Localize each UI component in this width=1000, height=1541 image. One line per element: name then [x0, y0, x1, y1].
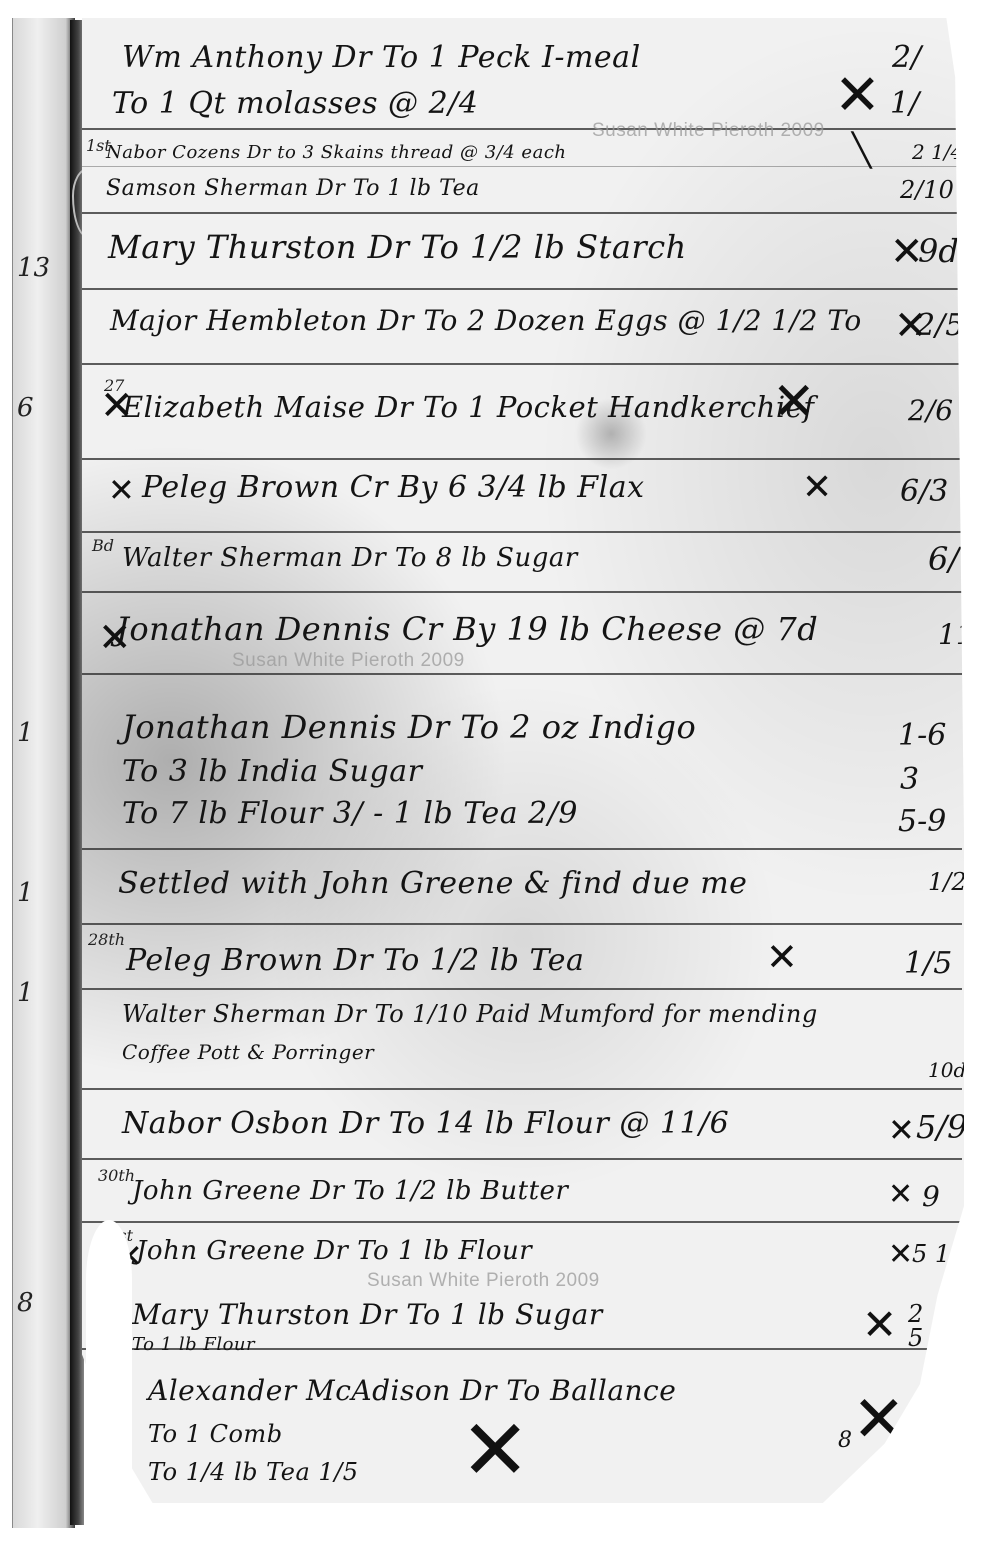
entry-amount: 2/: [892, 40, 921, 75]
facing-page-mark: 1: [17, 978, 34, 1008]
entry-line: Peleg Brown Dr To 1/2 lb Tea: [126, 943, 584, 978]
entry-line: To 7 lb Flour 3/ - 1 lb Tea 2/9: [122, 796, 578, 831]
ruled-line: [82, 1221, 962, 1223]
entry-amount: 6/3: [900, 474, 948, 509]
entry-line: Mary Thurston Dr To 1 lb Sugar: [132, 1298, 603, 1331]
entry-amount: 2/6: [908, 394, 953, 427]
entry-amount: 5 1/2: [912, 1240, 974, 1268]
ruled-line: [82, 848, 962, 850]
entry-line: Major Hembleton Dr To 2 Dozen Eggs @ 1/2…: [110, 304, 862, 337]
entry-amount: 9d: [918, 232, 959, 270]
entry-line: Jonathan Dennis Dr To 2 oz Indigo: [122, 708, 696, 746]
binding-gutter: [70, 20, 84, 1525]
entry-amount: 1/5: [904, 946, 952, 981]
entry-line: To 1 Comb: [148, 1420, 283, 1448]
settled-cross-icon: ✕: [890, 232, 924, 272]
ledger-page: Wm Anthony Dr To 1 Peck I-meal To 1 Qt m…: [82, 18, 964, 1503]
entry-date: Bd: [92, 536, 114, 555]
entry-amount: 5-9: [898, 804, 946, 839]
ruled-line: [82, 531, 962, 533]
settled-cross-icon: ✕: [802, 470, 832, 506]
facing-page-mark: 13: [17, 253, 50, 283]
settled-cross-icon: ✕: [888, 1240, 913, 1270]
entry-amount: 11/1: [938, 618, 1000, 651]
entry-line: John Greene Dr To 1 lb Flour: [136, 1236, 532, 1266]
entry-line: Settled with John Greene & find due me: [118, 866, 747, 901]
entry-amount: 10d: [928, 1058, 966, 1082]
ruled-line: [82, 128, 962, 130]
ledger-scan: 13 6 1 1 1 8 Wm Anthony Dr To 1 Peck I-m…: [0, 0, 1000, 1541]
ruled-line: [82, 166, 962, 167]
entry-amount: 2/10: [900, 176, 954, 204]
entry-line: To 3 lb India Sugar: [122, 754, 422, 789]
entry-line: Coffee Pott & Porringer: [122, 1040, 374, 1064]
entry-line: Elizabeth Maise Dr To 1 Pocket Handkerch…: [122, 390, 815, 424]
ruled-line: [82, 212, 962, 214]
entry-date: 30th: [98, 1166, 135, 1185]
settled-cross-icon: ✕: [460, 1408, 530, 1492]
entry-line: Alexander McAdison Dr To Ballance: [148, 1374, 676, 1407]
entry-amount: 8: [838, 1428, 852, 1453]
ruled-line: [82, 988, 962, 990]
watermark: Susan White Pieroth 2009: [232, 650, 465, 672]
entry-line: Nabor Cozens Dr to 3 Skains thread @ 3/4…: [106, 142, 567, 163]
ruled-line: [82, 1158, 962, 1160]
entry-line: Peleg Brown Cr By 6 3/4 lb Flax: [142, 470, 645, 505]
facing-page-edge: 13 6 1 1 1 8: [12, 18, 75, 1528]
settled-cross-icon: ✕: [894, 306, 928, 346]
facing-page-mark: 8: [17, 1288, 34, 1318]
settled-cross-icon: ✕: [834, 68, 881, 124]
entry-amount: 1/2 d: [928, 868, 990, 896]
entry-amount: 1-6: [898, 718, 946, 753]
settled-cross-icon: ✕: [888, 1114, 915, 1146]
entry-amount: 1/: [890, 86, 919, 121]
entry-line: Samson Sherman Dr To 1 lb Tea: [106, 176, 480, 201]
entry-amount: 5: [908, 1324, 923, 1352]
entry-amount: 6/: [928, 540, 959, 578]
entry-line: Walter Sherman Dr To 8 lb Sugar: [122, 543, 578, 573]
settled-cross-icon: ╲: [852, 134, 871, 166]
facing-page-mark: 1: [17, 718, 34, 748]
ruled-line: [82, 923, 962, 925]
settled-cross-icon: ✕: [888, 1180, 913, 1210]
entry-line: Walter Sherman Dr To 1/10 Paid Mumford f…: [122, 1000, 818, 1028]
ruled-line: [82, 1088, 962, 1090]
facing-page-mark: 6: [17, 393, 34, 423]
settled-cross-icon: ✕: [766, 938, 798, 976]
entry-line: Nabor Osbon Dr To 14 lb Flour @ 11/6: [122, 1106, 729, 1141]
entry-amount: 5/9: [916, 1108, 968, 1146]
settled-cross-icon: ✕: [852, 1388, 906, 1452]
entry-line: To 1 Qt molasses @ 2/4: [112, 86, 478, 121]
settled-cross-icon: ✕: [98, 618, 132, 658]
entry-line: Mary Thurston Dr To 1/2 lb Starch: [108, 228, 687, 266]
ruled-line: [82, 363, 962, 365]
entry-amount: 2 1/4: [912, 140, 963, 164]
watermark: Susan White Pieroth 2009: [592, 120, 825, 142]
settled-cross-icon: ✕: [862, 1304, 897, 1346]
entry-line: Wm Anthony Dr To 1 Peck I-meal: [122, 40, 641, 75]
ruled-line: [82, 458, 962, 460]
settled-cross-icon: ✕: [108, 474, 135, 506]
entry-line: To 1/4 lb Tea 1/5: [148, 1458, 359, 1486]
torn-binding-area: [86, 1220, 132, 1520]
settled-cross-icon: ✕: [772, 376, 816, 428]
watermark: Susan White Pieroth 2009: [367, 1270, 600, 1292]
entry-line: Jonathan Dennis Cr By 19 lb Cheese @ 7d: [116, 610, 818, 648]
facing-page-mark: 1: [17, 878, 34, 908]
entry-amount: 3: [900, 762, 919, 797]
ruled-line: [82, 288, 962, 290]
entry-line: To 1 lb Flour: [132, 1334, 255, 1355]
ruled-line: [82, 673, 962, 675]
ruled-line: [82, 591, 962, 593]
entry-line: John Greene Dr To 1/2 lb Butter: [132, 1176, 568, 1206]
settled-cross-icon: ✕: [100, 386, 134, 426]
entry-amount: 9: [922, 1180, 940, 1213]
entry-date: 28th: [88, 930, 125, 949]
